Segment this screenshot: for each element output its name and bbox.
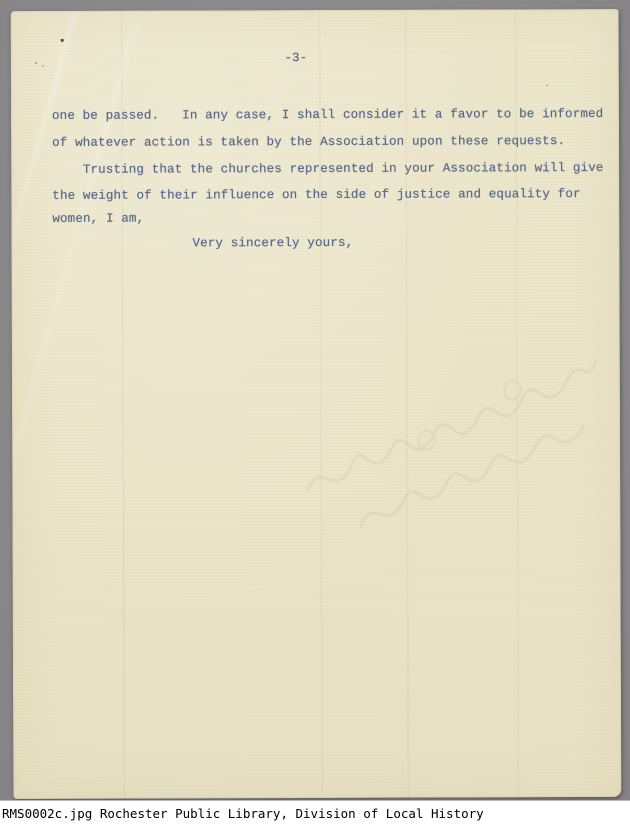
body-line: of whatever action is taken by the Assoc… [52, 134, 565, 150]
ink-speck [35, 62, 37, 64]
letter-page: -3- one be passed. In any case, I shall … [11, 9, 622, 799]
page-number: -3- [11, 50, 581, 66]
paper-watermark-script [300, 277, 601, 540]
body-line: one be passed. In any case, I shall cons… [52, 107, 603, 123]
scanned-letter-view: -3- one be passed. In any case, I shall … [0, 0, 630, 826]
body-line: Trusting that the churches represented i… [52, 161, 603, 177]
ink-speck [546, 84, 548, 86]
body-line: the weight of their influence on the sid… [52, 187, 580, 203]
archive-caption-bar: RMS0002c.jpg Rochester Public Library, D… [0, 800, 630, 826]
ink-speck [42, 65, 44, 67]
gray-mat-background: -3- one be passed. In any case, I shall … [0, 0, 630, 800]
body-line: women, I am, [52, 212, 144, 226]
ink-speck [61, 39, 64, 42]
archive-caption-text: RMS0002c.jpg Rochester Public Library, D… [0, 806, 484, 821]
closing-line: Very sincerely yours, [192, 236, 353, 251]
